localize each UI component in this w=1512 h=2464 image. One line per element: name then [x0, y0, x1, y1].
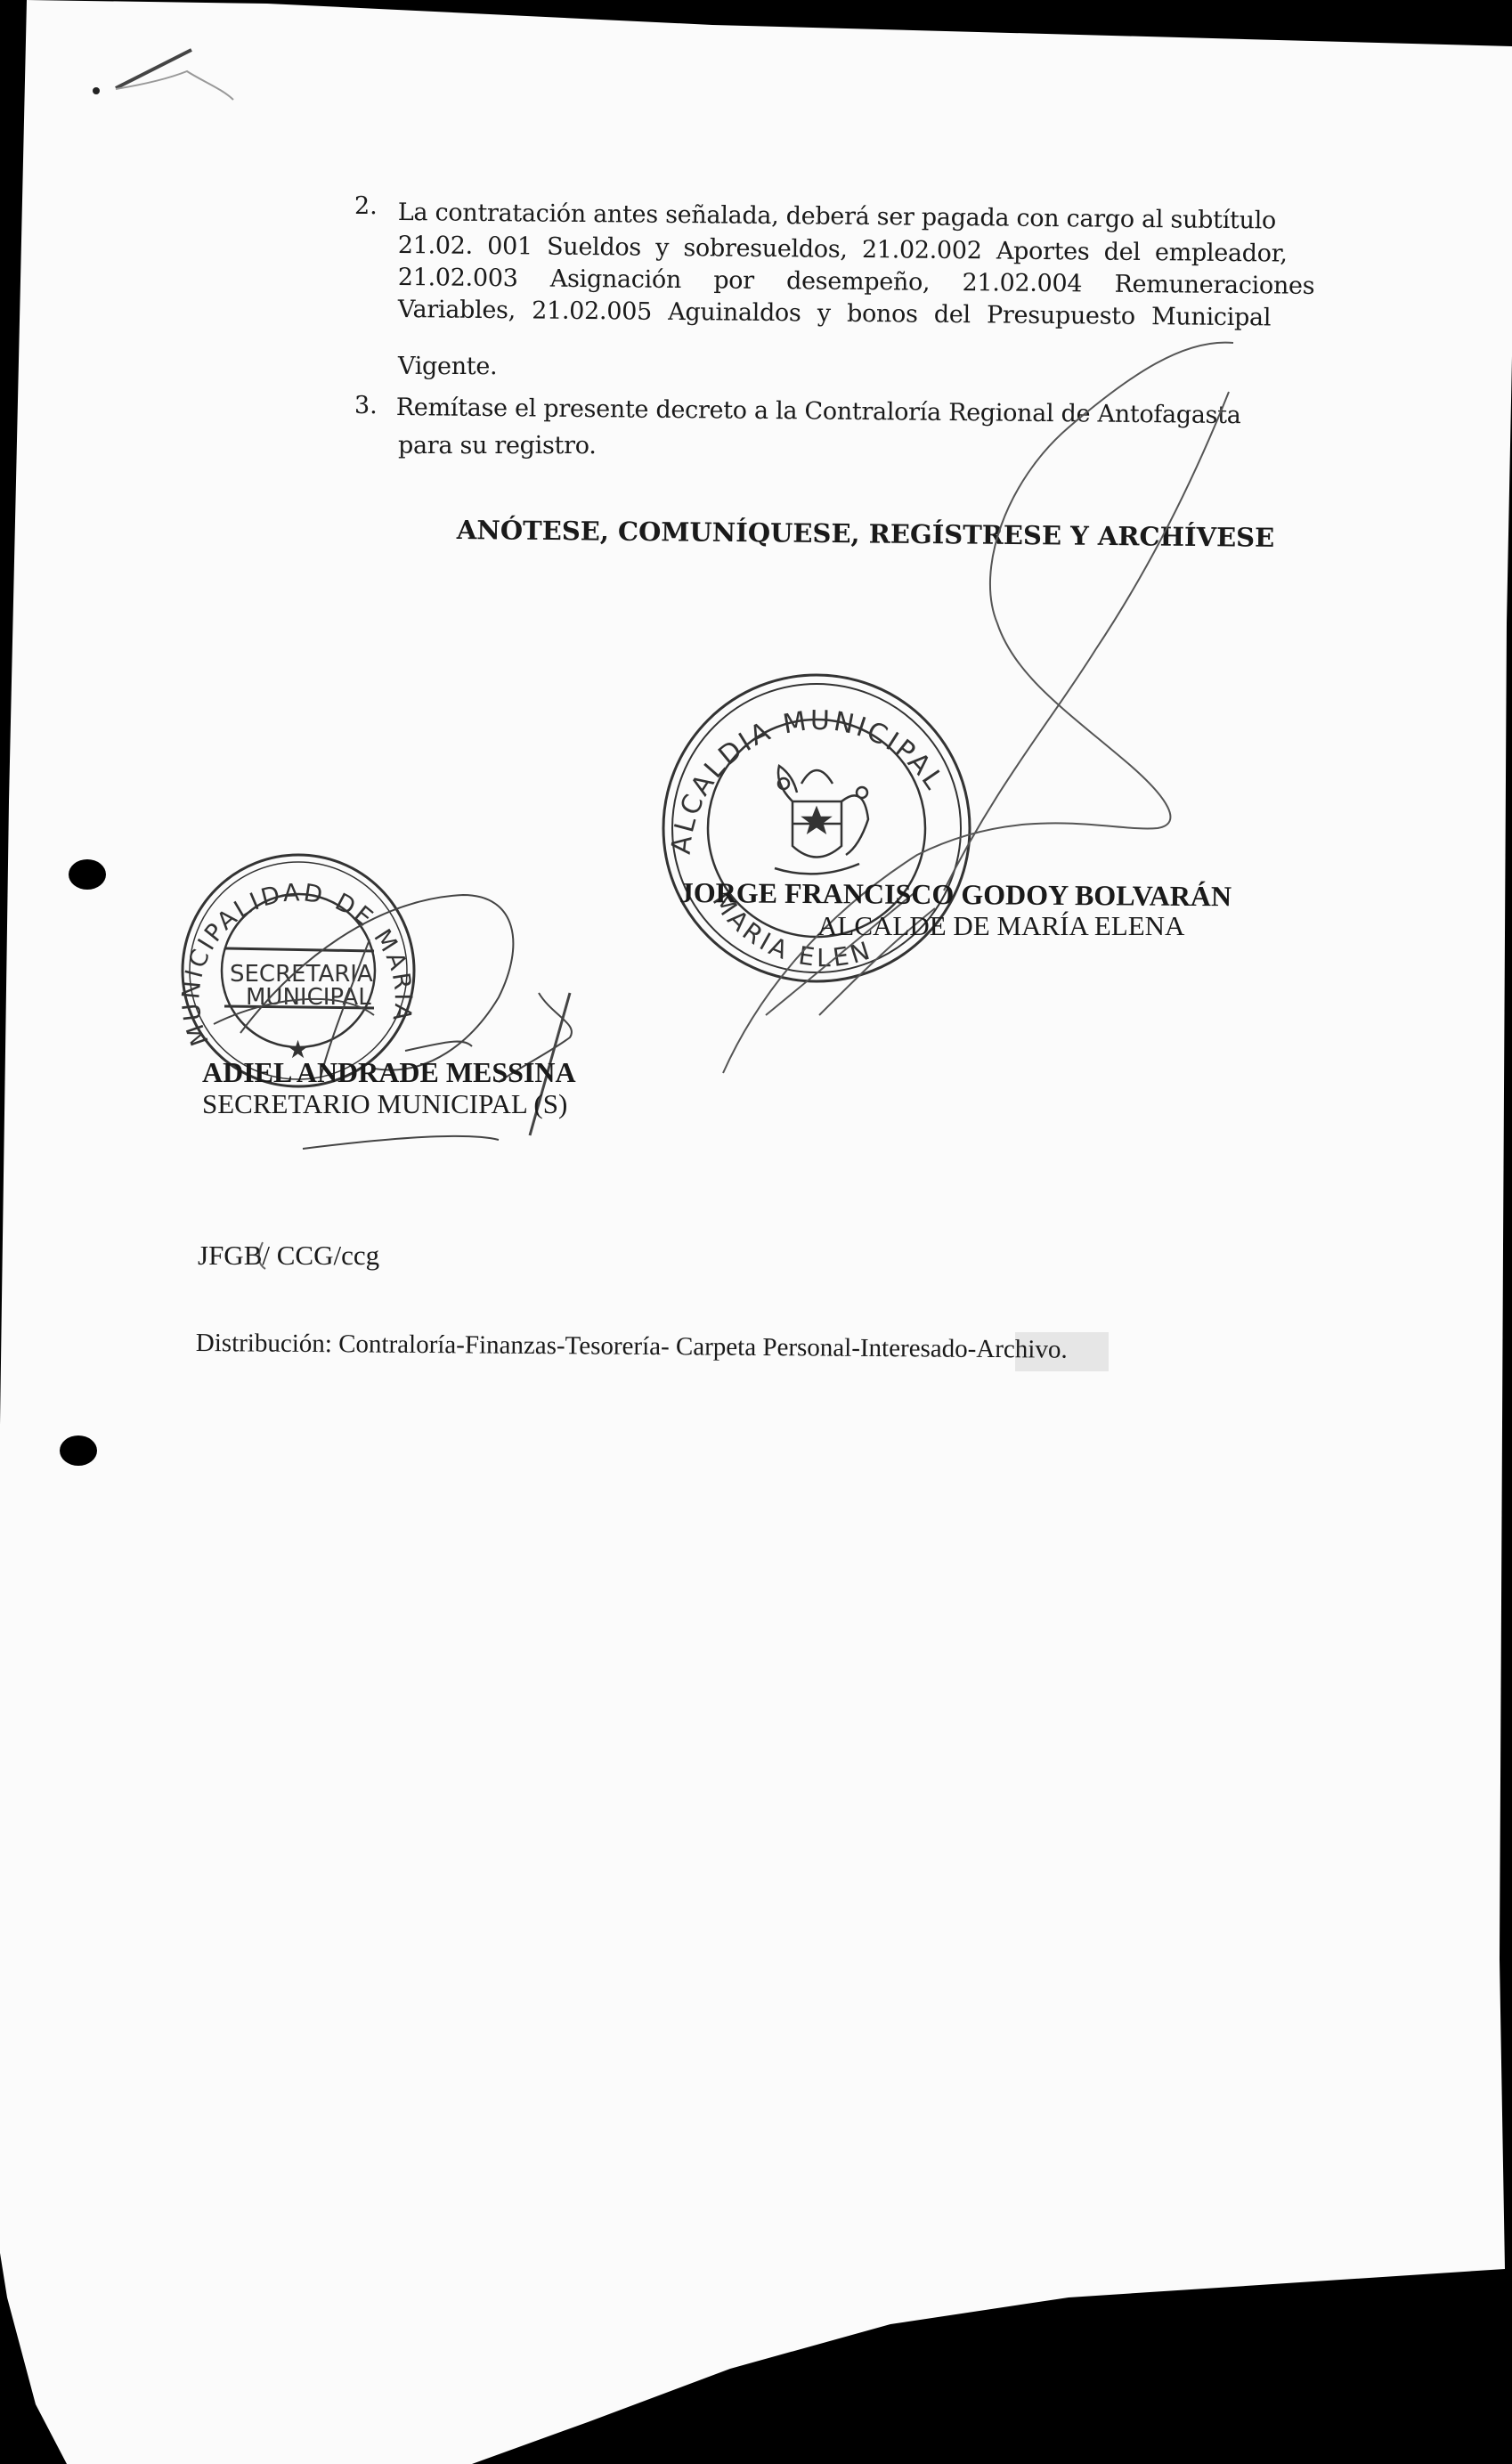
svg-text:MARIA ELENA: MARIA ELENA — [0, 0, 876, 972]
mayor-stamp: ALCALDIA MUNICIPAL MARIA ELENA — [0, 0, 970, 981]
secretary-title: SECRETARIO MUNICIPAL (S) — [202, 1088, 567, 1120]
punch-hole — [60, 1435, 97, 1466]
mayor-stamp-ring-bottom: MARIA ELENA — [0, 0, 876, 972]
secretary-name: ADIEL ANDRADE MESSINA — [202, 1056, 576, 1089]
punch-hole — [69, 859, 106, 890]
secretary-stamp: SECRETARIA MUNICIPAL MUNICIPALIDAD DE MA… — [0, 0, 417, 1086]
signature-layer: ALCALDIA MUNICIPAL MARIA ELENA — [0, 0, 1512, 2464]
mayor-name: JORGE FRANCISCO GODOY BOLVARÁN — [679, 876, 1232, 913]
mayor-title: ALCALDE DE MARÍA ELENA — [817, 910, 1184, 942]
reference-initials: JFGB/ CCG/ccg — [198, 1240, 379, 1272]
secretary-stamp-line2: MUNICIPAL — [246, 984, 371, 1011]
svg-text:MUNICIPALIDAD DE MARIA ELENA: MUNICIPALIDAD DE MARIA ELENA — [0, 0, 417, 1049]
coat-of-arms-icon — [775, 766, 868, 874]
document-page: 2. La contratación antes señalada, deber… — [0, 0, 1512, 2464]
secretary-stamp-ring: MUNICIPALIDAD DE MARIA ELENA — [0, 0, 417, 1049]
